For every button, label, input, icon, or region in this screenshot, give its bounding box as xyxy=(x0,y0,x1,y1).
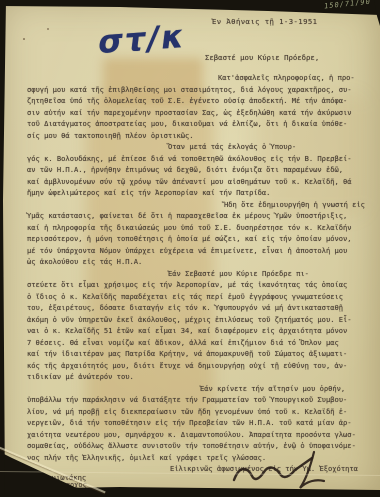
archive-number-pencil: 150/71/90 xyxy=(324,0,372,10)
body-line: Ἤδη ὅτε ἐδημιουργήθη ἡ γνωστή εἰς xyxy=(27,199,363,211)
body-line: μέ τόν ὑπάρχοντα Νόμον ὑπάρχει εὐχέρεια … xyxy=(27,245,363,257)
foxing-speck xyxy=(47,28,49,30)
body-line: Ὑμᾶς κατάστασις, φαίνεται δέ ὅτι ἡ παρασ… xyxy=(27,210,363,222)
body-line: ὁ ἴδιος ὁ κ. Κελαϊδῆς παραδέχεται εἰς τά… xyxy=(27,291,363,303)
body-line: ζητηθεῖσα ὑπό τῆς ὁλομελείας τοῦ Σ.Ε. ἐγ… xyxy=(27,95,363,107)
body-line: ὡς ἀκολούθου εἰς τάς Η.Π.Α. xyxy=(27,256,363,268)
letter-page: Ἐν Ἀθήναις τῇ 1-3-1951 Σεβαστέ μου Κύριε… xyxy=(0,0,380,497)
dateline: Ἐν Ἀθήναις τῇ 1-3-1951 xyxy=(212,17,317,26)
body-line: Ἐάν Σεβαστέ μου Κύριε Πρόεδρε πι- xyxy=(27,268,363,280)
body-line: ὑποβάλλω τήν παράκλησιν νά διατάξητε τήν… xyxy=(27,394,363,406)
body-line: περισσότερον, ἡ μόνη τοποθέτησις ἡ ὁποία… xyxy=(27,233,363,245)
body-line: σίς μου θά τακτοποιηθῇ πλέον ὁριστικῶς. xyxy=(27,130,363,142)
body-line: Ἐάν κρίνετε τήν αἴτησίν μου ὀρθήν, xyxy=(27,383,363,395)
body-line: του, ἐξαιρέτους, δόσατε διαταγήν εἰς τόν… xyxy=(27,302,363,314)
salutation: Σεβαστέ μου Κύριε Πρόεδρε, xyxy=(205,53,319,62)
body-line: σιν αὐτήν καί τήν παρεχομένην προστασίαν… xyxy=(27,107,363,119)
body-line: καί ἡ πληροφορία τῆς δικαιώσεώς μου ὑπό … xyxy=(27,222,363,234)
foxing-speck xyxy=(23,38,25,40)
body-line: αν τῶν Η.Π.Α., ἠρνήθην ἐπιμόνως νά δεχθῶ… xyxy=(27,164,363,176)
body-line: 7 θέσεις. Θά εἶναι νομίζω καί ἄδικον, ἀλ… xyxy=(27,337,363,349)
body-line: λίου, νά μή προβῇ εἰς διεκπεραίωσιν τῶν … xyxy=(27,406,363,418)
body-line: Κατ'ἀσφαλεῖς πληροφορίας, ἡ προ- xyxy=(27,72,363,84)
body-line: Ὅταν μετά τάς ἐκλογάς ὁ Ὑπουρ- xyxy=(27,141,363,153)
body-line: γός κ. Βολουδάκης, μέ ἐπίεσε διά νά τοπο… xyxy=(27,153,363,165)
body-line: καί ἀμβλυνομένων σύν τῷ χρόνῳ τῶν ἀπέναν… xyxy=(27,176,363,188)
body-line: στεύετε ὅτι εἶμαι χρήσιμος εἰς τήν Ἀεροπ… xyxy=(27,279,363,291)
body-line: χαιότητα νεωτέρου μου, σμηνάρχου κ. Διαμ… xyxy=(27,429,363,441)
body-line: σφυγή μου κατά τῆς ἐπιβληθείσης μοι στασ… xyxy=(27,84,363,96)
body-line: καί τήν ἰδιαιτέραν μας Πατρίδα Κρήτην, ν… xyxy=(27,348,363,360)
body-line: ναι ὁ κ. Κελαϊδῆς 51 ἐτῶν καί εἶμαι 34, … xyxy=(27,325,363,337)
handwritten-routing-mark: στ/κ xyxy=(97,17,187,61)
signature-scrawl-icon xyxy=(228,448,334,494)
body-line: νεργειῶν, διά τήν τοποθέτησιν εἰς τήν Πρ… xyxy=(27,417,363,429)
body-line: τιδικίαν μέ ἀνώτερόν του. xyxy=(27,371,363,383)
body-line: κός τῆς ἀρχαιότητός μου, διότι ἔτυχε νά … xyxy=(27,360,363,372)
body-line: ἤμην ὠφελιμώτερος καί εἰς τήν Ἀεροπορίαν… xyxy=(27,187,363,199)
letter-body: Κατ'ἀσφαλεῖς πληροφορίας, ἡ προ- σφυγή μ… xyxy=(27,72,363,475)
body-line: ἀκόμη ὁ νῦν ὑπηρετῶν ἐκεῖ ἀκόλουθος, μέχ… xyxy=(27,314,363,326)
body-line: τοῦ Διατάγματος ἀποστρατείας μου, δικαιο… xyxy=(27,118,363,130)
